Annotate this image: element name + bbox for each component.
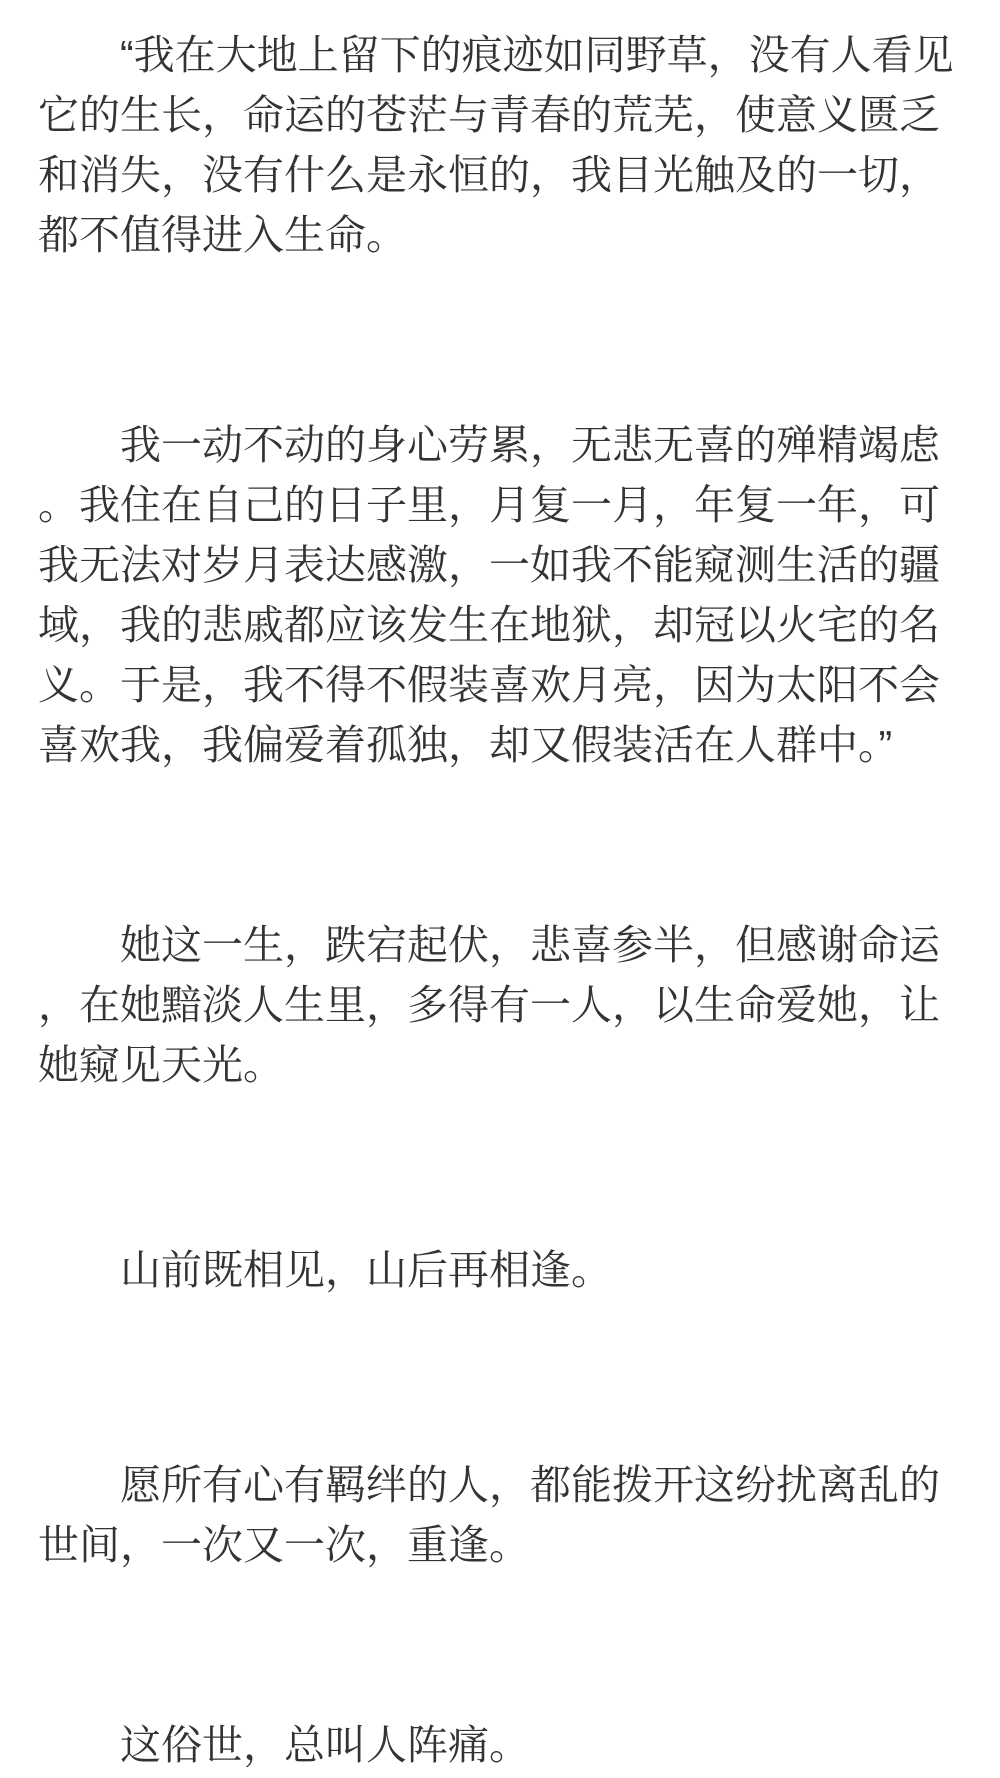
text-line: 都不值得进入生命。 [38,205,980,265]
text-line: 她这一生，跌宕起伏，悲喜参半，但感谢命运 [38,915,980,975]
text-line: 喜欢我，我偏爱着孤独，却又假装活在人群中。” [38,715,980,775]
text-line: 域，我的悲戚都应该发生在地狱，却冠以火宅的名 [38,595,980,655]
article: “我在大地上留下的痕迹如同野草，没有人看见它的生长，命运的苍茫与青春的荒芜，使意… [0,25,1000,1775]
paragraph-6: 这俗世，总叫人阵痛。 [38,1715,980,1775]
paragraph-1: “我在大地上留下的痕迹如同野草，没有人看见它的生长，命运的苍茫与青春的荒芜，使意… [38,25,980,265]
text-line: 这俗世，总叫人阵痛。 [38,1715,980,1775]
text-line: 我无法对岁月表达感激，一如我不能窥测生活的疆 [38,535,980,595]
text-line: 我一动不动的身心劳累，无悲无喜的殚精竭虑 [38,415,980,475]
text-line: 愿所有心有羁绊的人，都能拨开这纷扰离乱的 [38,1455,980,1515]
text-line: 和消失，没有什么是永恒的，我目光触及的一切， [38,145,980,205]
text-line: 它的生长，命运的苍茫与青春的荒芜，使意义匮乏 [38,85,980,145]
paragraph-2: 我一动不动的身心劳累，无悲无喜的殚精竭虑。我住在自己的日子里，月复一月，年复一年… [38,415,980,775]
paragraph-4: 山前既相见，山后再相逢。 [38,1240,980,1300]
text-line: 她窥见天光。 [38,1035,980,1095]
text-line: 世间，一次又一次，重逢。 [38,1515,980,1575]
text-line: ，在她黯淡人生里，多得有一人，以生命爱她，让 [38,975,980,1035]
paragraph-3: 她这一生，跌宕起伏，悲喜参半，但感谢命运，在她黯淡人生里，多得有一人，以生命爱她… [38,915,980,1095]
paragraph-5: 愿所有心有羁绊的人，都能拨开这纷扰离乱的世间，一次又一次，重逢。 [38,1455,980,1575]
text-line: “我在大地上留下的痕迹如同野草，没有人看见 [38,25,980,85]
text-line: 义。于是，我不得不假装喜欢月亮，因为太阳不会 [38,655,980,715]
text-line: 山前既相见，山后再相逢。 [38,1240,980,1300]
text-line: 。我住在自己的日子里，月复一月，年复一年，可 [38,475,980,535]
